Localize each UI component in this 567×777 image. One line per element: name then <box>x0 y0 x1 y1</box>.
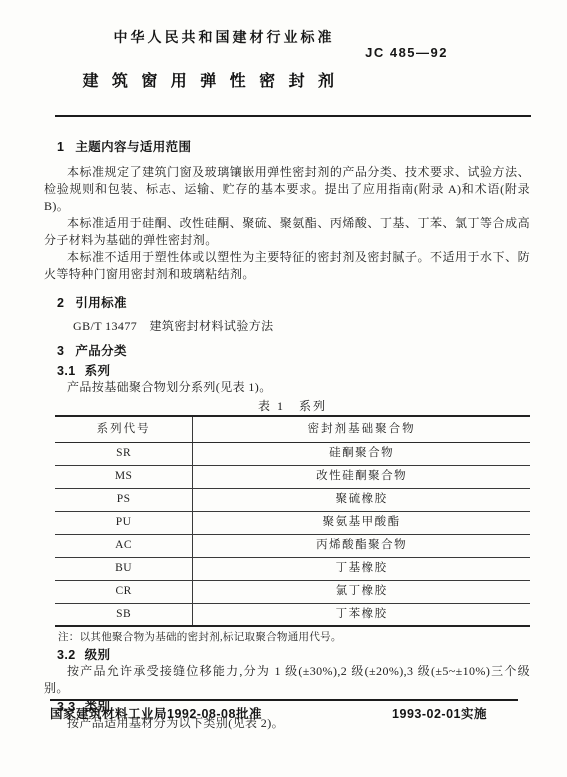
standard-document-page: 中华人民共和国建材行业标准 JC 485—92 建 筑 窗 用 弹 性 密 封 … <box>0 0 567 777</box>
section-1-paragraph-3: 本标准不适用于塑性体或以塑性为主要特征的密封剂及密封腻子。不适用于水下、防火等特… <box>44 249 530 283</box>
section-2-title: 引用标准 <box>75 296 127 310</box>
table-row: PS 聚硫橡胶 <box>55 488 530 511</box>
column-header-series-code: 系列代号 <box>55 416 193 442</box>
series-code-cell: MS <box>55 465 193 488</box>
table-row: BU 丁基橡胶 <box>55 557 530 580</box>
approval-info: 国家建筑材料工业局1992-08-08批准 <box>50 704 262 722</box>
section-3-2-number: 3.2 <box>57 648 76 662</box>
section-2-heading: 2引用标准 <box>44 296 530 311</box>
base-polymer-cell: 硅酮聚合物 <box>193 442 530 465</box>
org-title: 中华人民共和国建材行业标准 <box>44 27 404 47</box>
implementation-date: 1993-02-01实施 <box>392 704 487 722</box>
column-header-base-polymer: 密封剂基础聚合物 <box>193 416 530 442</box>
table-row: AC 丙烯酸酯聚合物 <box>55 534 530 557</box>
series-code-cell: SR <box>55 442 193 465</box>
section-3-number: 3 <box>57 344 64 358</box>
base-polymer-cell: 改性硅酮聚合物 <box>193 465 530 488</box>
series-code-cell: CR <box>55 580 193 603</box>
table-row: PU 聚氨基甲酸酯 <box>55 511 530 534</box>
table-row: MS 改性硅酮聚合物 <box>55 465 530 488</box>
base-polymer-cell: 丁苯橡胶 <box>193 603 530 626</box>
section-3-2-heading: 3.2级别 <box>44 648 530 663</box>
section-3-1-heading: 3.1系列 <box>44 364 530 379</box>
series-code-cell: PS <box>55 488 193 511</box>
section-1-title: 主题内容与适用范围 <box>75 140 191 154</box>
table-header-row: 系列代号 密封剂基础聚合物 <box>55 416 530 442</box>
base-polymer-cell: 氯丁橡胶 <box>193 580 530 603</box>
section-3-2-text: 按产品允许承受接缝位移能力,分为 1 级(±30%),2 级(±20%),3 级… <box>44 663 530 697</box>
series-code-cell: BU <box>55 557 193 580</box>
section-3-1-text: 产品按基础聚合物划分系列(见表 1)。 <box>44 379 530 396</box>
table-row: SB 丁苯橡胶 <box>55 603 530 626</box>
series-table: 系列代号 密封剂基础聚合物 SR 硅酮聚合物 MS 改性硅酮聚合物 PS 聚硫橡… <box>55 415 530 627</box>
base-polymer-cell: 丙烯酸酯聚合物 <box>193 534 530 557</box>
section-1-paragraph-1: 本标准规定了建筑门窗及玻璃镶嵌用弹性密封剂的产品分类、技术要求、试验方法、检验规… <box>44 164 530 215</box>
base-polymer-cell: 聚硫橡胶 <box>193 488 530 511</box>
table-row: SR 硅酮聚合物 <box>55 442 530 465</box>
section-3-title: 产品分类 <box>75 344 127 358</box>
document-body: 1主题内容与适用范围 本标准规定了建筑门窗及玻璃镶嵌用弹性密封剂的产品分类、技术… <box>44 134 530 732</box>
section-3-2-title: 级别 <box>85 648 111 662</box>
section-2-number: 2 <box>57 296 64 310</box>
series-code-cell: AC <box>55 534 193 557</box>
table-1-note: 注：以其他聚合物为基础的密封剂,标记取聚合物通用代号。 <box>44 631 530 645</box>
series-code-cell: SB <box>55 603 193 626</box>
base-polymer-cell: 丁基橡胶 <box>193 557 530 580</box>
section-3-1-title: 系列 <box>85 364 111 378</box>
header-rule <box>55 115 531 117</box>
section-1-heading: 1主题内容与适用范围 <box>44 140 530 155</box>
footer-rule <box>50 699 518 701</box>
table-row: CR 氯丁橡胶 <box>55 580 530 603</box>
standard-code: JC 485—92 <box>365 45 448 60</box>
document-title: 建 筑 窗 用 弹 性 密 封 剂 <box>44 68 377 91</box>
referenced-standard: GB/T 13477 建筑密封材料试验方法 <box>44 318 530 335</box>
section-3-heading: 3产品分类 <box>44 344 530 359</box>
base-polymer-cell: 聚氨基甲酸酯 <box>193 511 530 534</box>
section-1-paragraph-2: 本标准适用于硅酮、改性硅酮、聚硫、聚氨酯、丙烯酸、丁基、丁苯、氯丁等合成高分子材… <box>44 215 530 249</box>
section-3-1-number: 3.1 <box>57 364 76 378</box>
series-code-cell: PU <box>55 511 193 534</box>
section-1-number: 1 <box>57 140 64 154</box>
table-1-caption: 表 1 系列 <box>55 398 530 415</box>
